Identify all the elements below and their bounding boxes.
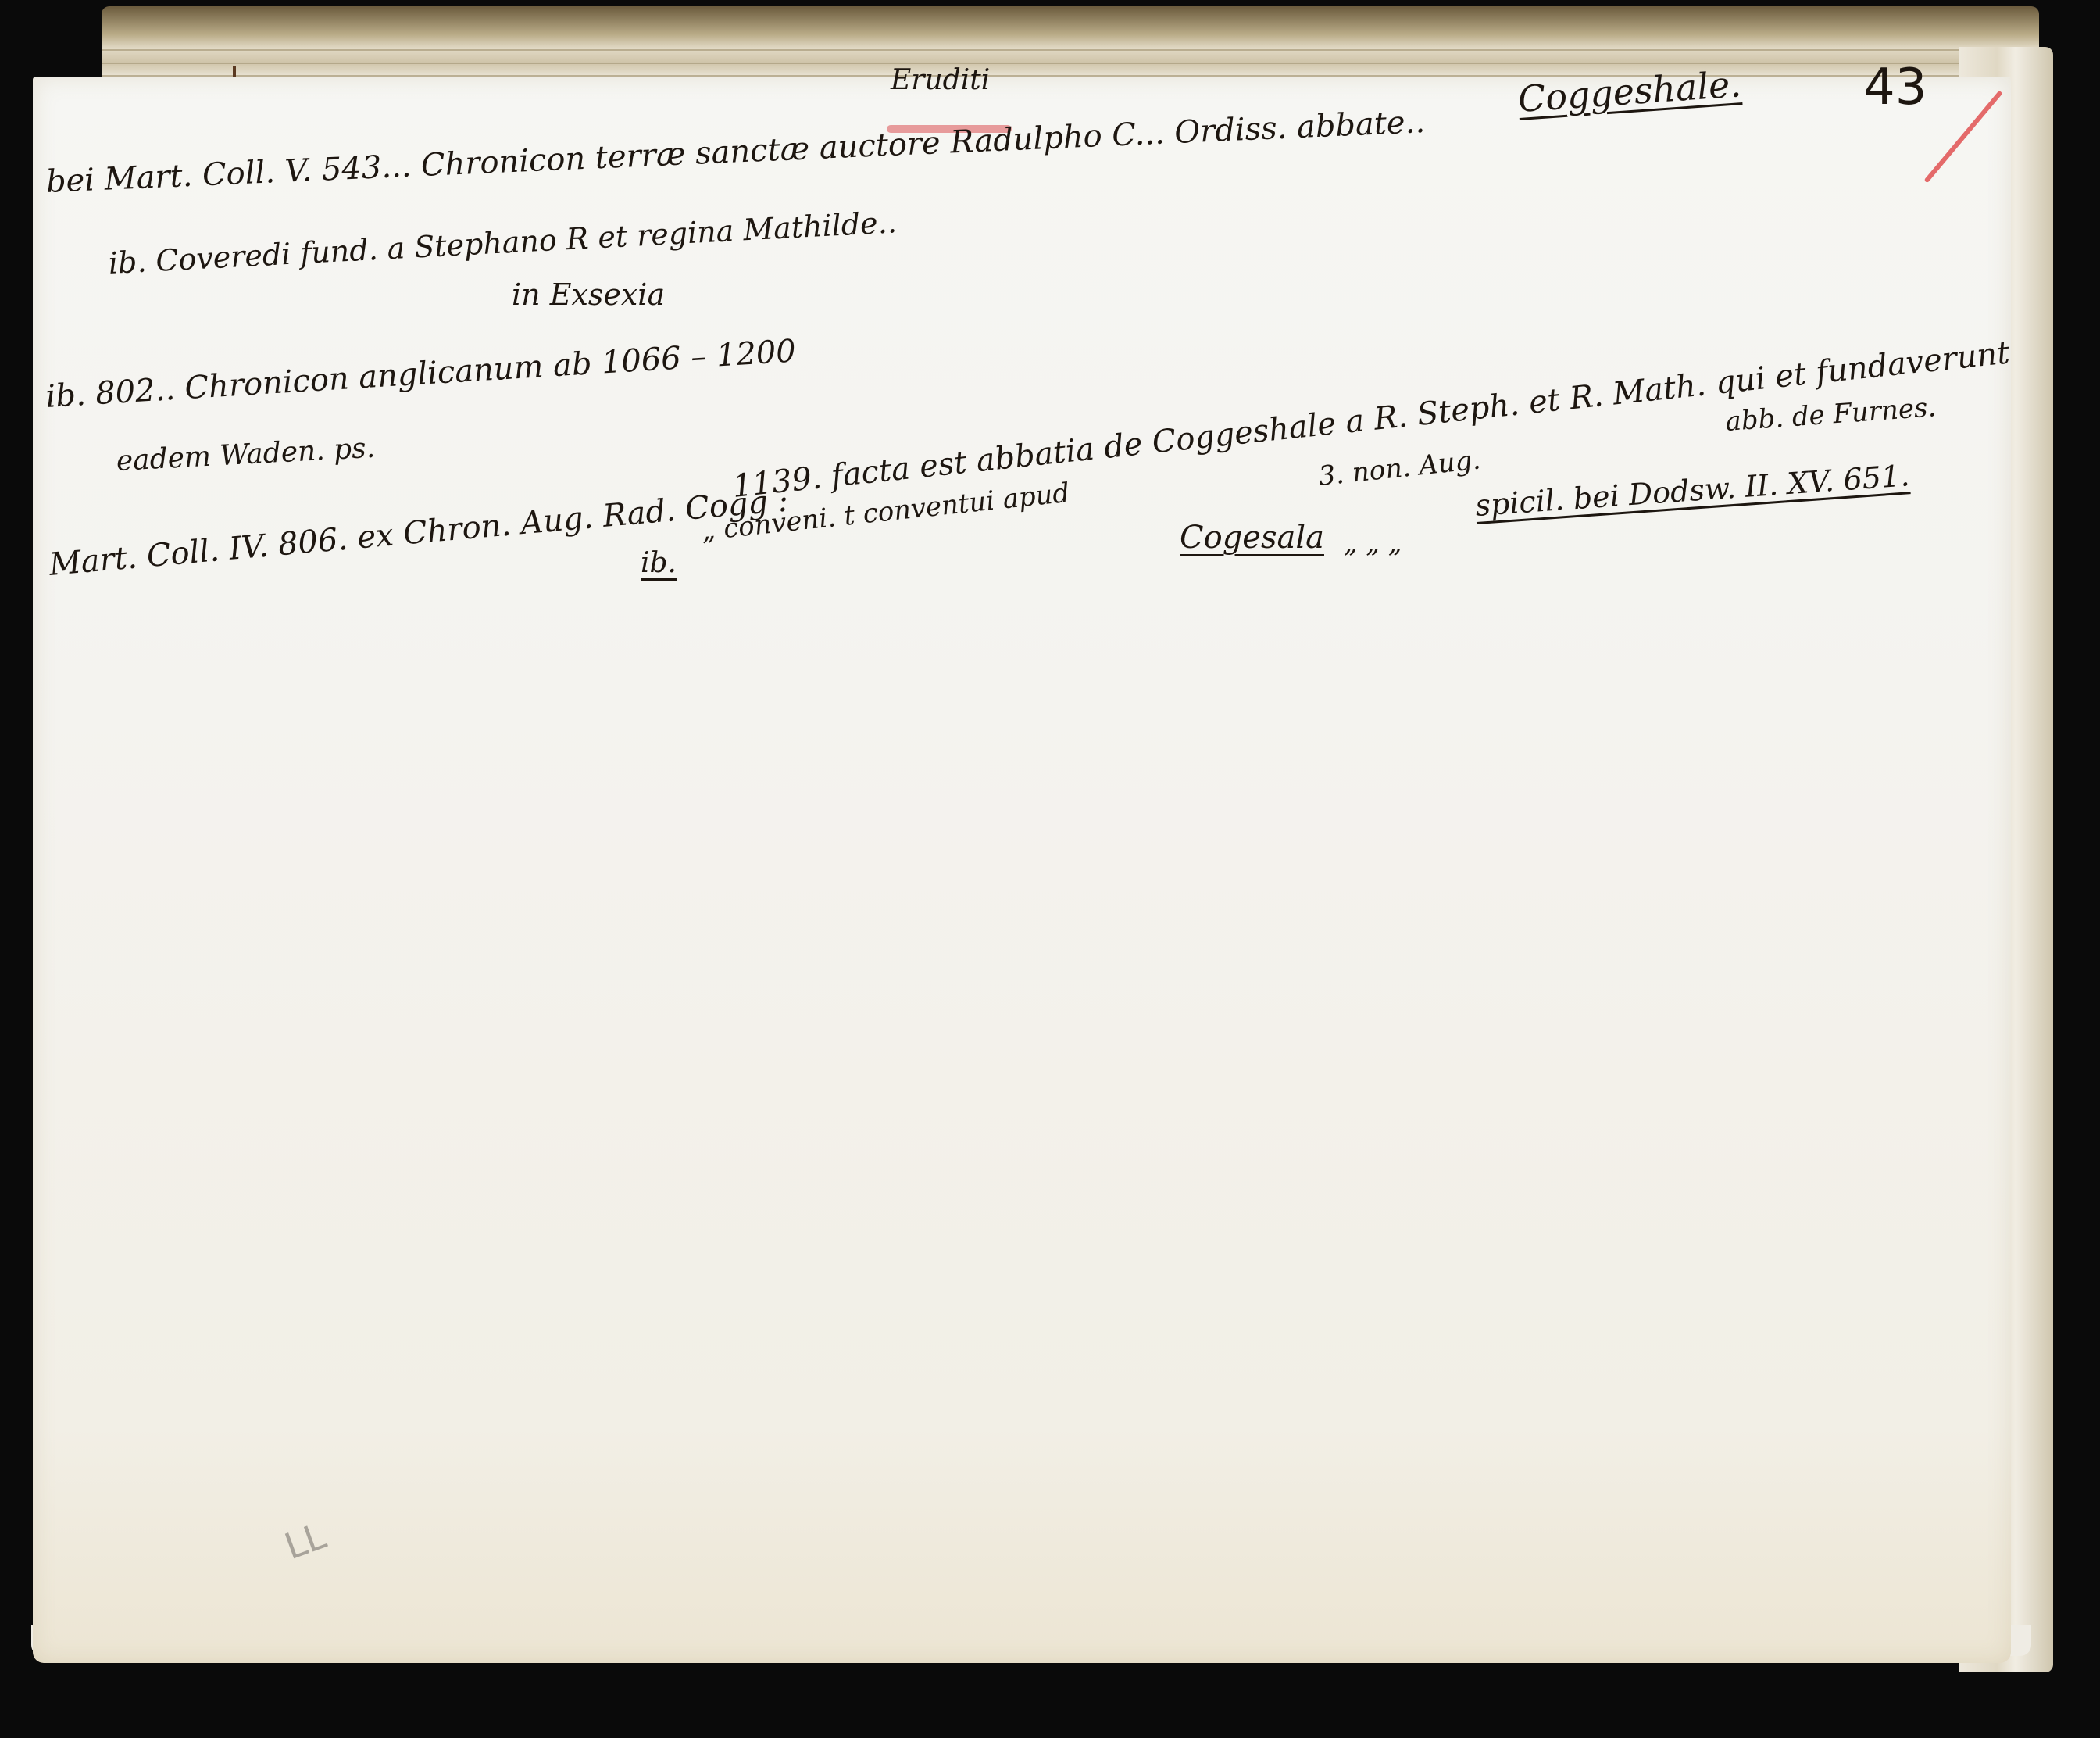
text-line: ib. — [641, 547, 677, 579]
text-line: „ „ „ — [1344, 527, 1402, 559]
manuscript-page — [33, 77, 2011, 1663]
text-line: in Exsexia — [512, 277, 665, 312]
annotation-eruditi: Eruditi — [891, 64, 990, 96]
page-number: 43 — [1863, 59, 1927, 116]
text-line: Cogesala — [1180, 520, 1324, 556]
